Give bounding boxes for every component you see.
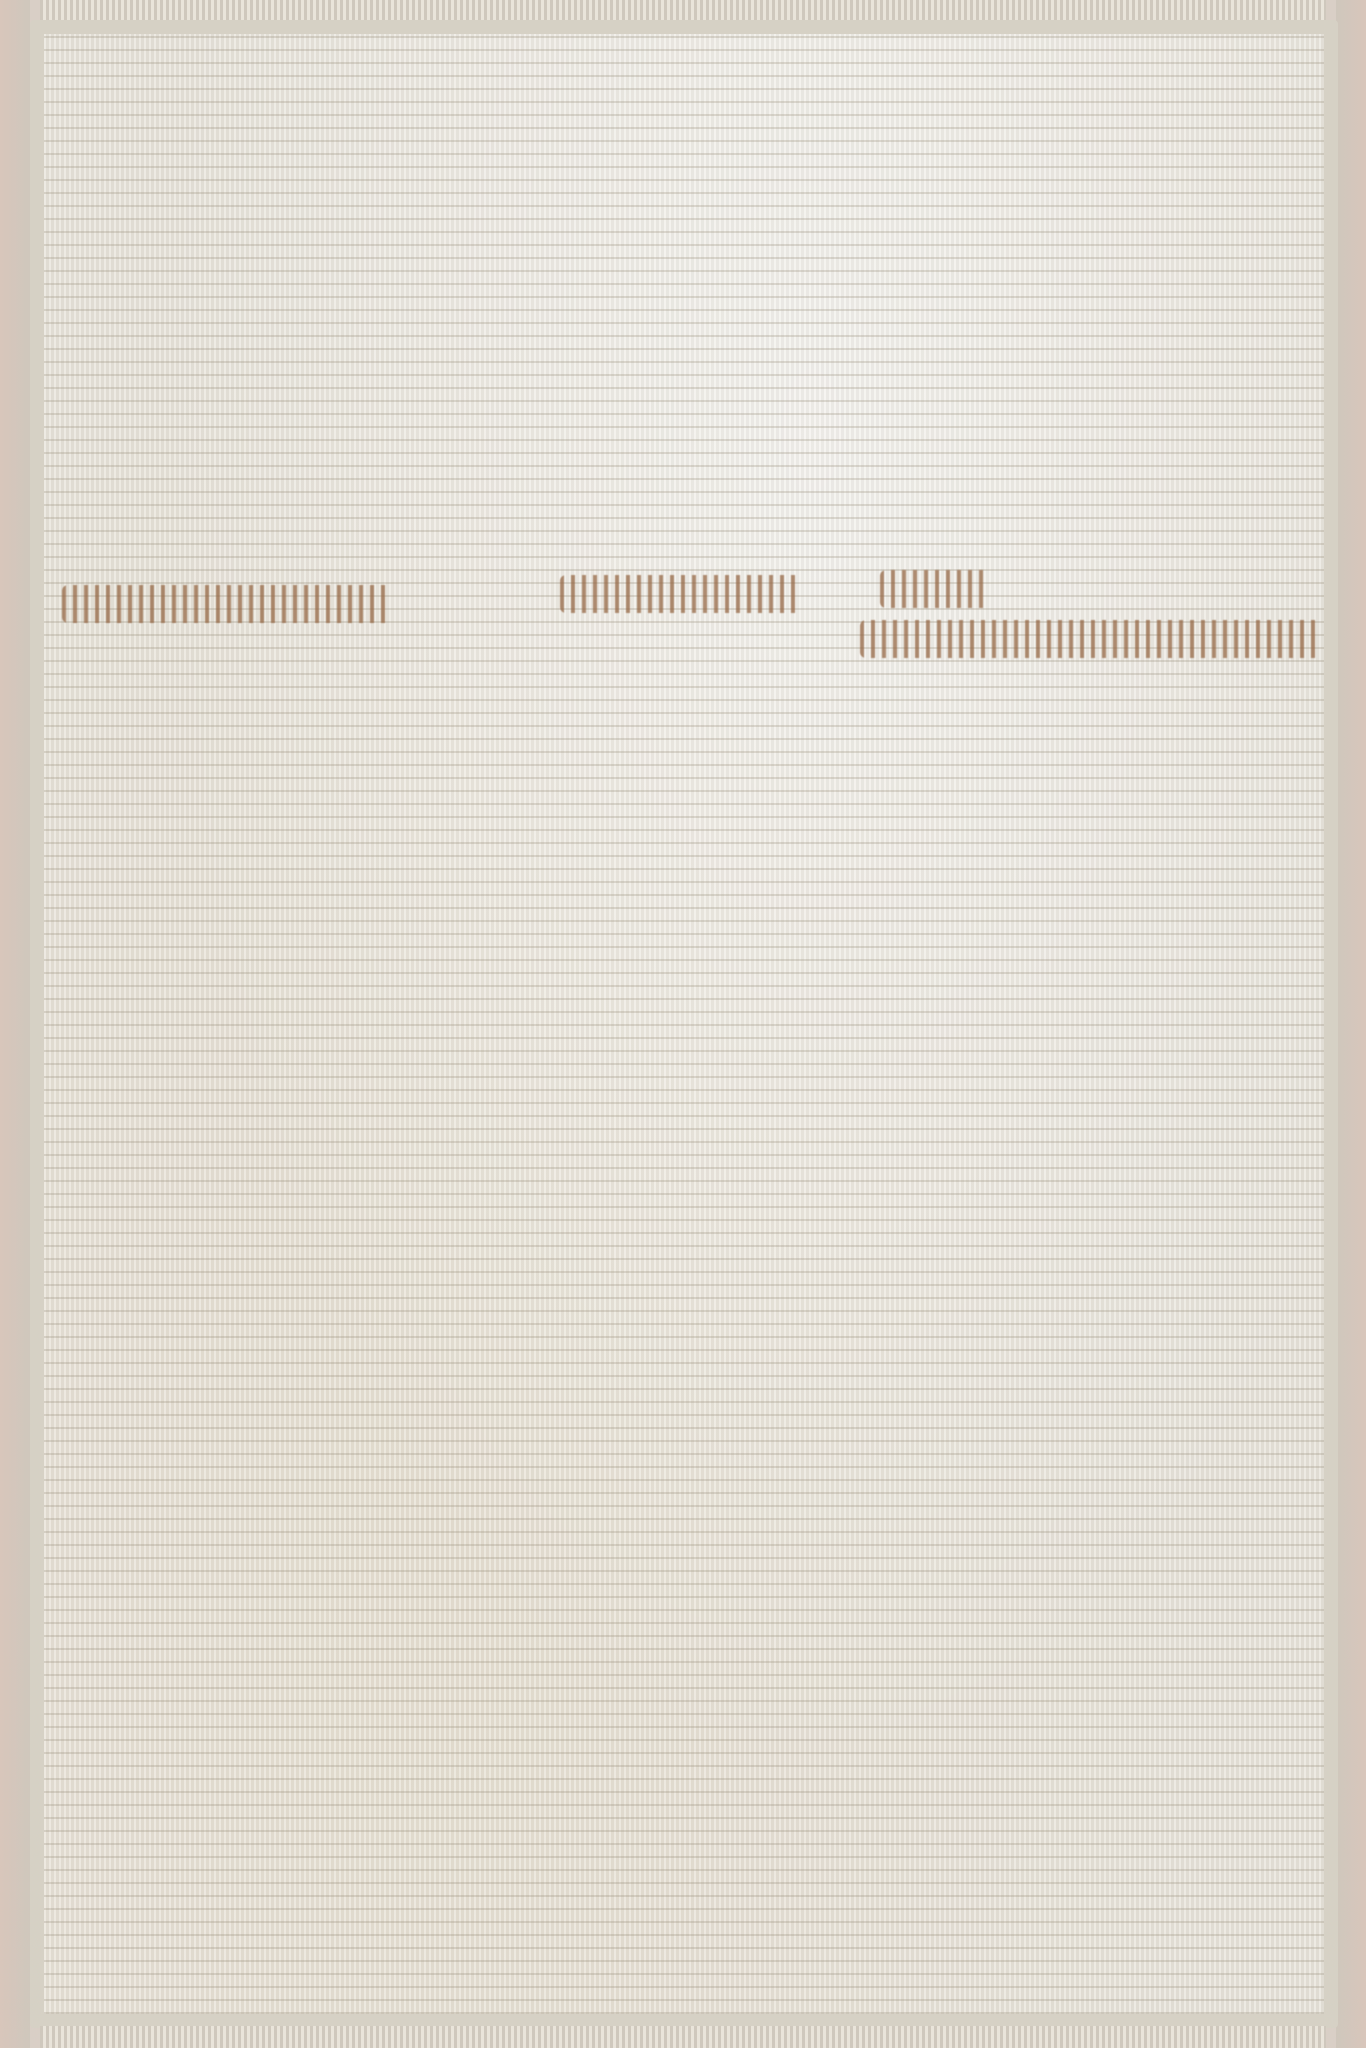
brown-stripe-segment	[880, 570, 990, 608]
brown-stripe-segment	[860, 620, 1320, 658]
floor-right	[1336, 0, 1366, 2048]
brown-stripe-segment	[560, 575, 800, 613]
bottom-fringe	[40, 2026, 1326, 2048]
rug-photo	[0, 0, 1366, 2048]
rug-body	[30, 20, 1338, 2028]
floor-left	[0, 0, 30, 2048]
brown-stripe-segment	[62, 585, 392, 623]
top-fringe	[40, 0, 1326, 22]
